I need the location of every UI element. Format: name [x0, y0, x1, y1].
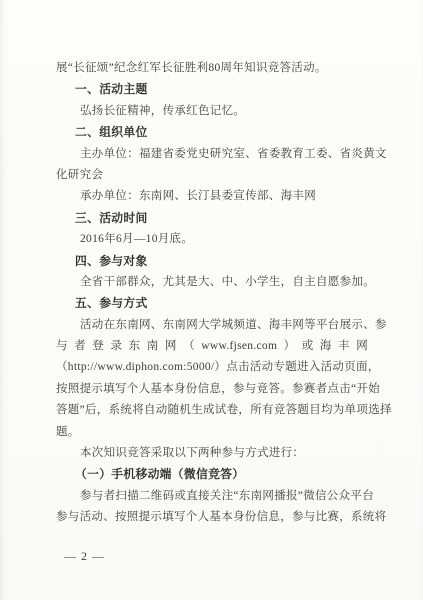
- doc-line: 五、参与方式: [56, 293, 368, 314]
- doc-line: 与者登录东南网（www.fjsen.com）或海丰网: [56, 336, 368, 357]
- document-text-block: 展“长征颂”纪念红军长征胜利80周年知识竞答活动。一、活动主题弘扬长征精神，传承…: [56, 58, 368, 529]
- doc-line: 一、活动主题: [56, 79, 368, 100]
- doc-line: 四、参与对象: [56, 251, 368, 272]
- doc-line: 化研究会: [56, 165, 368, 186]
- doc-line: 展“长征颂”纪念红军长征胜利80周年知识竞答活动。: [56, 58, 368, 79]
- doc-line: 三、活动时间: [56, 208, 368, 229]
- doc-line: 承办单位：东南网、长汀县委宣传部、海丰网: [56, 186, 368, 207]
- doc-line: 答题”后，系统将自动随机生成试卷，所有竞答题目均为单项选择: [56, 400, 368, 421]
- doc-line: 2016年6月—10月底。: [56, 229, 368, 250]
- doc-line: 活动在东南网、东南网大学城频道、海丰网等平台展示、参: [56, 315, 368, 336]
- doc-line: 弘扬长征精神，传承红色记忆。: [56, 101, 368, 122]
- doc-line: 题。: [56, 422, 368, 443]
- doc-line: 本次知识竞答采取以下两种参与方式进行：: [56, 443, 368, 464]
- doc-line: （http://www.diphon.com:5000/）点击活动专题进入活动页…: [56, 357, 368, 378]
- doc-line: 主办单位：福建省委党史研究室、省委教育工委、省炎黄文: [56, 144, 368, 165]
- doc-line: 二、组织单位: [56, 122, 368, 143]
- doc-line: 参与活动、按照提示填写个人基本身份信息，参与比赛，系统将: [56, 507, 368, 528]
- document-page: 展“长征颂”纪念红军长征胜利80周年知识竞答活动。一、活动主题弘扬长征精神，传承…: [0, 0, 423, 600]
- doc-line: 全省干部群众，尤其是大、中、小学生，自主自愿参加。: [56, 272, 368, 293]
- doc-line: 按照提示填写个人基本身份信息，参与竞答。参赛者点击“开始: [56, 379, 368, 400]
- doc-line: 参与者扫描二维码或直接关注“东南网播报”微信公众平台: [56, 486, 368, 507]
- doc-line: （一）手机移动端（微信竞答）: [56, 464, 368, 485]
- page-number: — 2 —: [64, 549, 105, 563]
